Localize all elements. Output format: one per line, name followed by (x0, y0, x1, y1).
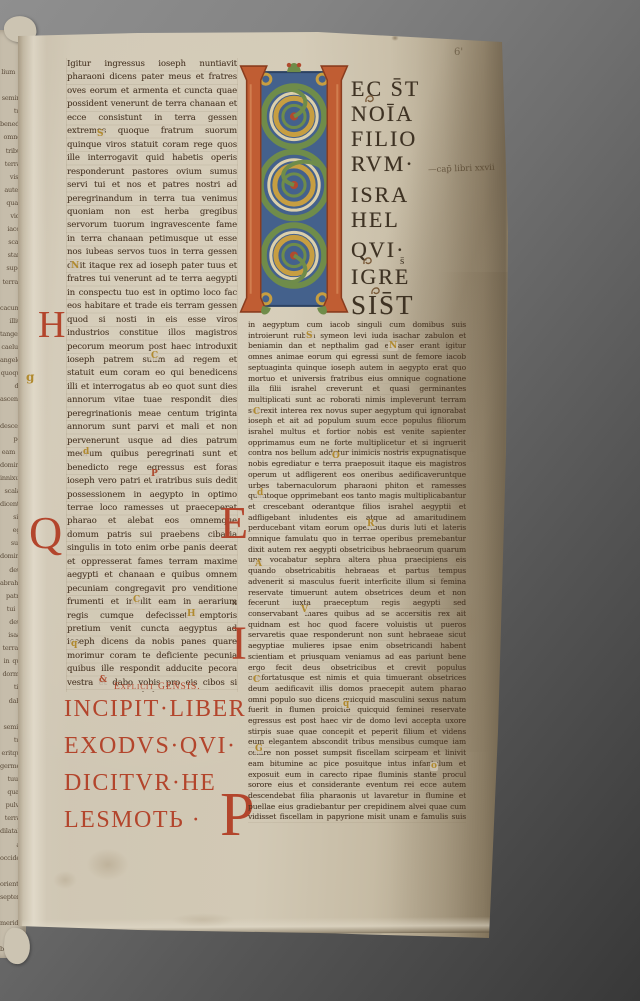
incipit-display-line-1: EC S̄T (351, 76, 420, 102)
parchment-stain (48, 867, 82, 893)
gold-initial: C (252, 408, 261, 417)
incipit-display-line-5: ISRA (351, 182, 409, 208)
marginal-initial-Q: Q (29, 510, 62, 556)
parchment-stain (78, 842, 138, 887)
gold-initial: S (96, 130, 105, 139)
rubric-line-1: INCIPIT·LIBER (64, 696, 246, 723)
marginal-initial-E: E (220, 500, 248, 546)
left-text-column: Igitur ingressus ioseph nuntiavit pharao… (66, 58, 238, 692)
marginal-x-mark: x (232, 598, 237, 608)
incipit-display-line-3: FILIO (351, 126, 417, 152)
incipit-display-line-4: RVM· (351, 151, 415, 177)
illuminated-initial-H (238, 58, 350, 320)
pen-flourish-icon (361, 254, 375, 268)
gold-initial: C (150, 352, 159, 361)
gold-initial: R (366, 520, 375, 529)
gold-initial: N (70, 262, 80, 271)
incipit-display-line-7: QVI· (351, 237, 405, 263)
bottom-leaf (317, 306, 327, 315)
gold-initial: G (254, 745, 264, 754)
gold-initial: q (342, 700, 350, 709)
bottom-leaf (261, 306, 271, 315)
incipit-display-line-6: HEL (351, 207, 400, 233)
incipit-display-line-2: NOĪA (351, 101, 414, 127)
gold-initial: o (430, 762, 438, 771)
parchment-stain (390, 34, 400, 42)
gold-initial: A (254, 560, 263, 569)
rubric-line-4: LESMOTЬ · (64, 807, 201, 834)
red-small-initial: P (150, 470, 159, 479)
gold-initial: d (82, 448, 90, 457)
folio-mark: 6' (454, 47, 463, 58)
gold-initial: q (70, 640, 78, 649)
gold-initial: C (132, 596, 141, 605)
gold-initial: V (300, 606, 309, 615)
red-bud (297, 63, 301, 67)
gold-initial: d (256, 489, 264, 498)
rubric-line-3: DICITVR·HE (64, 770, 216, 797)
gold-initial: N (388, 342, 398, 351)
parchment-corner-tab-bottom (3, 927, 31, 965)
gutter-fold-shading (18, 32, 70, 942)
marginal-gold-letter: g (26, 370, 34, 384)
manuscript-page: Igitur ingressus ioseph nuntiavit pharao… (18, 32, 510, 942)
red-bud (287, 63, 291, 67)
marginal-initial-H: H (38, 306, 65, 344)
pen-flourish-icon (363, 92, 377, 106)
right-text-column: in aegyptum cum iacob singuli cum domibu… (248, 320, 466, 824)
superscript-s-abbreviation: s̄ (400, 255, 404, 267)
marginal-initial-I: I (231, 620, 247, 668)
parchment-stain (158, 910, 248, 930)
bottom-page-edge (22, 917, 496, 936)
gold-initial: C (252, 676, 261, 685)
gold-initial: O (331, 452, 341, 461)
rubric-line-2: EXODVS·QVI· (64, 733, 236, 760)
gold-initial: H (186, 610, 197, 619)
gold-initial: S (305, 332, 314, 341)
red-small-initial: & (98, 676, 108, 685)
pen-flourish-icon (369, 284, 383, 298)
photograph-backdrop: lium et in semine tuo benedicentur omnes… (0, 0, 640, 1001)
explicit-genesis-line: Explicit GEN̄SIS. (114, 682, 254, 692)
